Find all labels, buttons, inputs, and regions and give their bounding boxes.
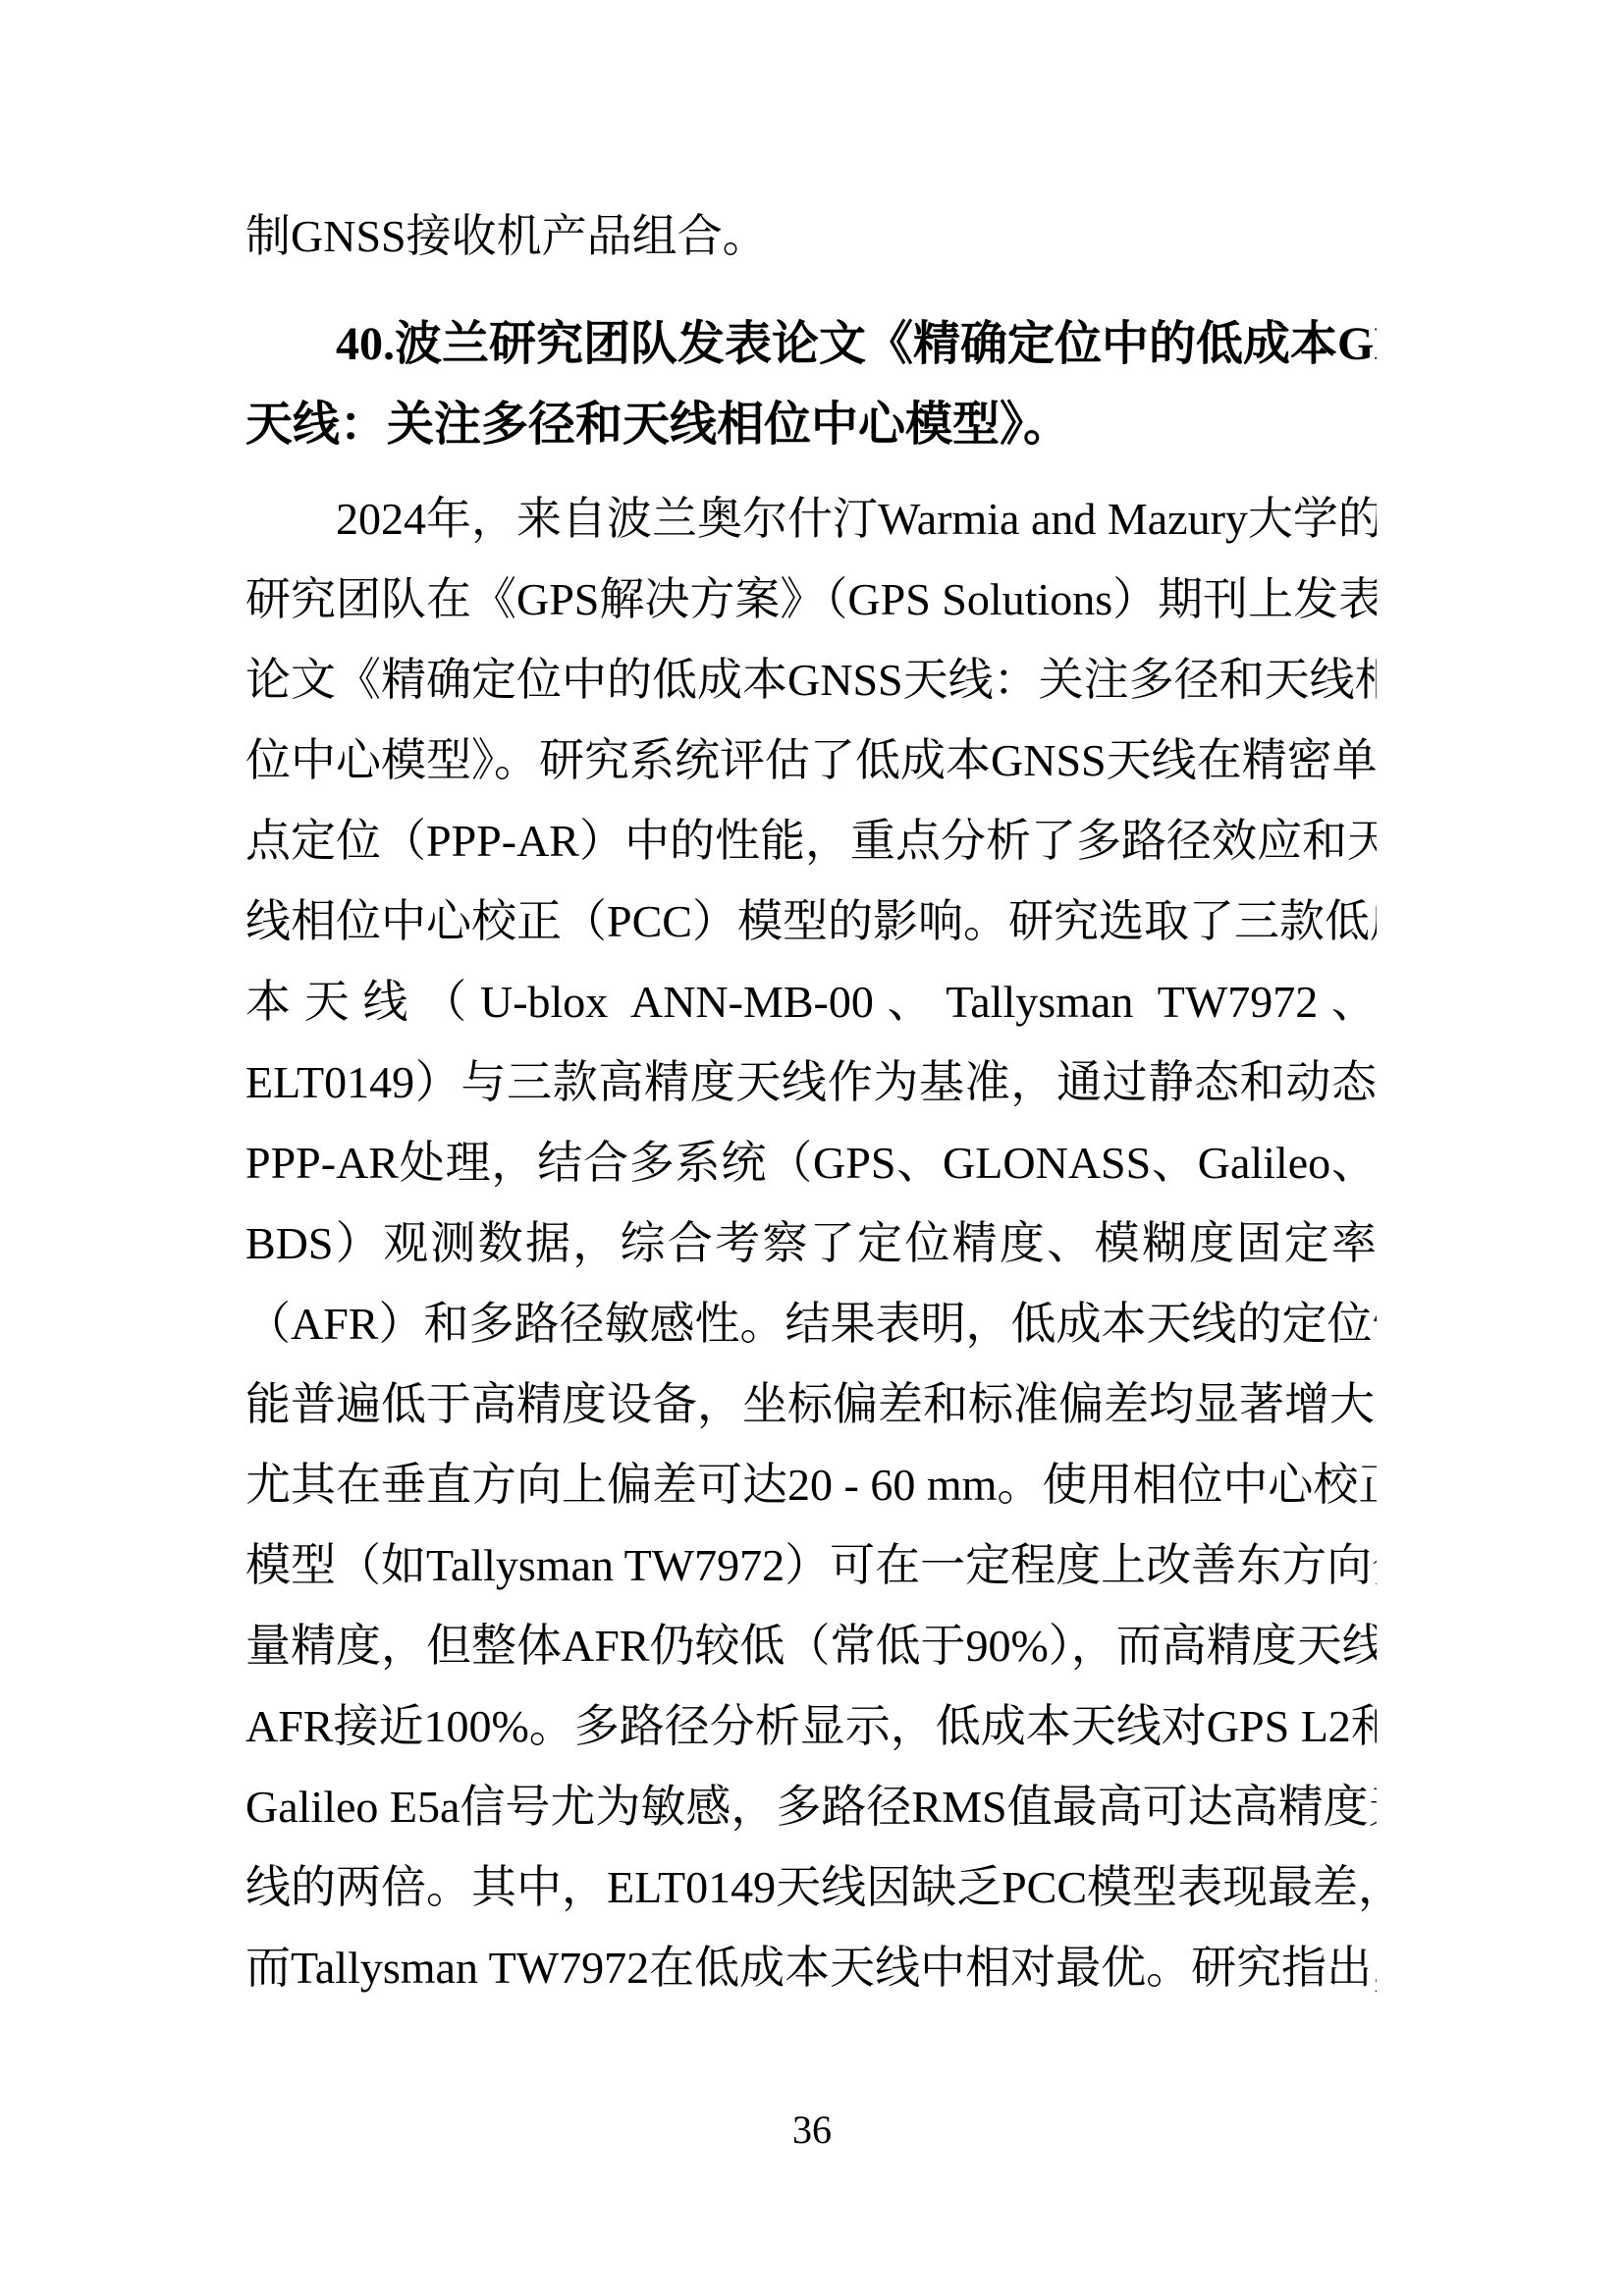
- body-line: 线相位中心校正（PCC）模型的影响。研究选取了三款低成: [245, 881, 1377, 962]
- body-paragraph: 2024年，来自波兰奥尔什汀Warmia and Mazury大学的 研究团队在…: [245, 479, 1377, 2008]
- body-line: （AFR）和多路径敏感性。结果表明，低成本天线的定位性: [245, 1284, 1377, 1364]
- body-line: 尤其在垂直方向上偏差可达20 - 60 mm。使用相位中心校正: [245, 1445, 1377, 1525]
- body-line: 量精度，但整体AFR仍较低（常低于90%），而高精度天线: [245, 1606, 1377, 1686]
- body-line: ELT0149）与三款高精度天线作为基准，通过静态和动态: [245, 1042, 1377, 1123]
- body-line: 线的两倍。其中，ELT0149天线因缺乏PCC模型表现最差，: [245, 1847, 1377, 1928]
- body-line: AFR接近100%。多路径分析显示，低成本天线对GPS L2和: [245, 1686, 1377, 1767]
- section-heading: 40.波兰研究团队发表论文《精确定位中的低成本GNSS 天线：关注多径和天线相位…: [245, 304, 1377, 465]
- page-number: 36: [0, 2109, 1624, 2152]
- body-line: 而Tallysman TW7972在低成本天线中相对最优。研究指出，: [245, 1928, 1377, 2008]
- document-page: 制GNSS接收机产品组合。 40.波兰研究团队发表论文《精确定位中的低成本GNS…: [0, 0, 1624, 2296]
- body-line: Galileo E5a信号尤为敏感，多路径RMS值最高可达高精度天: [245, 1767, 1377, 1847]
- text-block: 制GNSS接收机产品组合。 40.波兰研究团队发表论文《精确定位中的低成本GNS…: [245, 196, 1377, 2008]
- section-heading-line-1: 40.波兰研究团队发表论文《精确定位中的低成本GNSS: [245, 304, 1377, 385]
- body-line: 能普遍低于高精度设备，坐标偏差和标准偏差均显著增大，: [245, 1364, 1377, 1445]
- body-line: 本天线（U-blox ANN-MB-00、Tallysman TW7972、: [245, 962, 1377, 1042]
- body-line: 模型（如Tallysman TW7972）可在一定程度上改善东方向分: [245, 1525, 1377, 1606]
- body-line: PPP-AR处理，结合多系统（GPS、GLONASS、Galileo、: [245, 1123, 1377, 1203]
- body-line: 2024年，来自波兰奥尔什汀Warmia and Mazury大学的: [245, 479, 1377, 560]
- section-heading-line-2: 天线：关注多径和天线相位中心模型》。: [245, 385, 1377, 465]
- body-line: 点定位（PPP-AR）中的性能，重点分析了多路径效应和天: [245, 801, 1377, 881]
- paragraph-continuation-line: 制GNSS接收机产品组合。: [245, 196, 1377, 277]
- body-line: BDS）观测数据，综合考察了定位精度、模糊度固定率: [245, 1203, 1377, 1284]
- body-line: 论文《精确定位中的低成本GNSS天线：关注多径和天线相: [245, 640, 1377, 721]
- body-line: 研究团队在《GPS解决方案》（GPS Solutions）期刊上发表: [245, 560, 1377, 640]
- body-line: 位中心模型》。研究系统评估了低成本GNSS天线在精密单: [245, 721, 1377, 801]
